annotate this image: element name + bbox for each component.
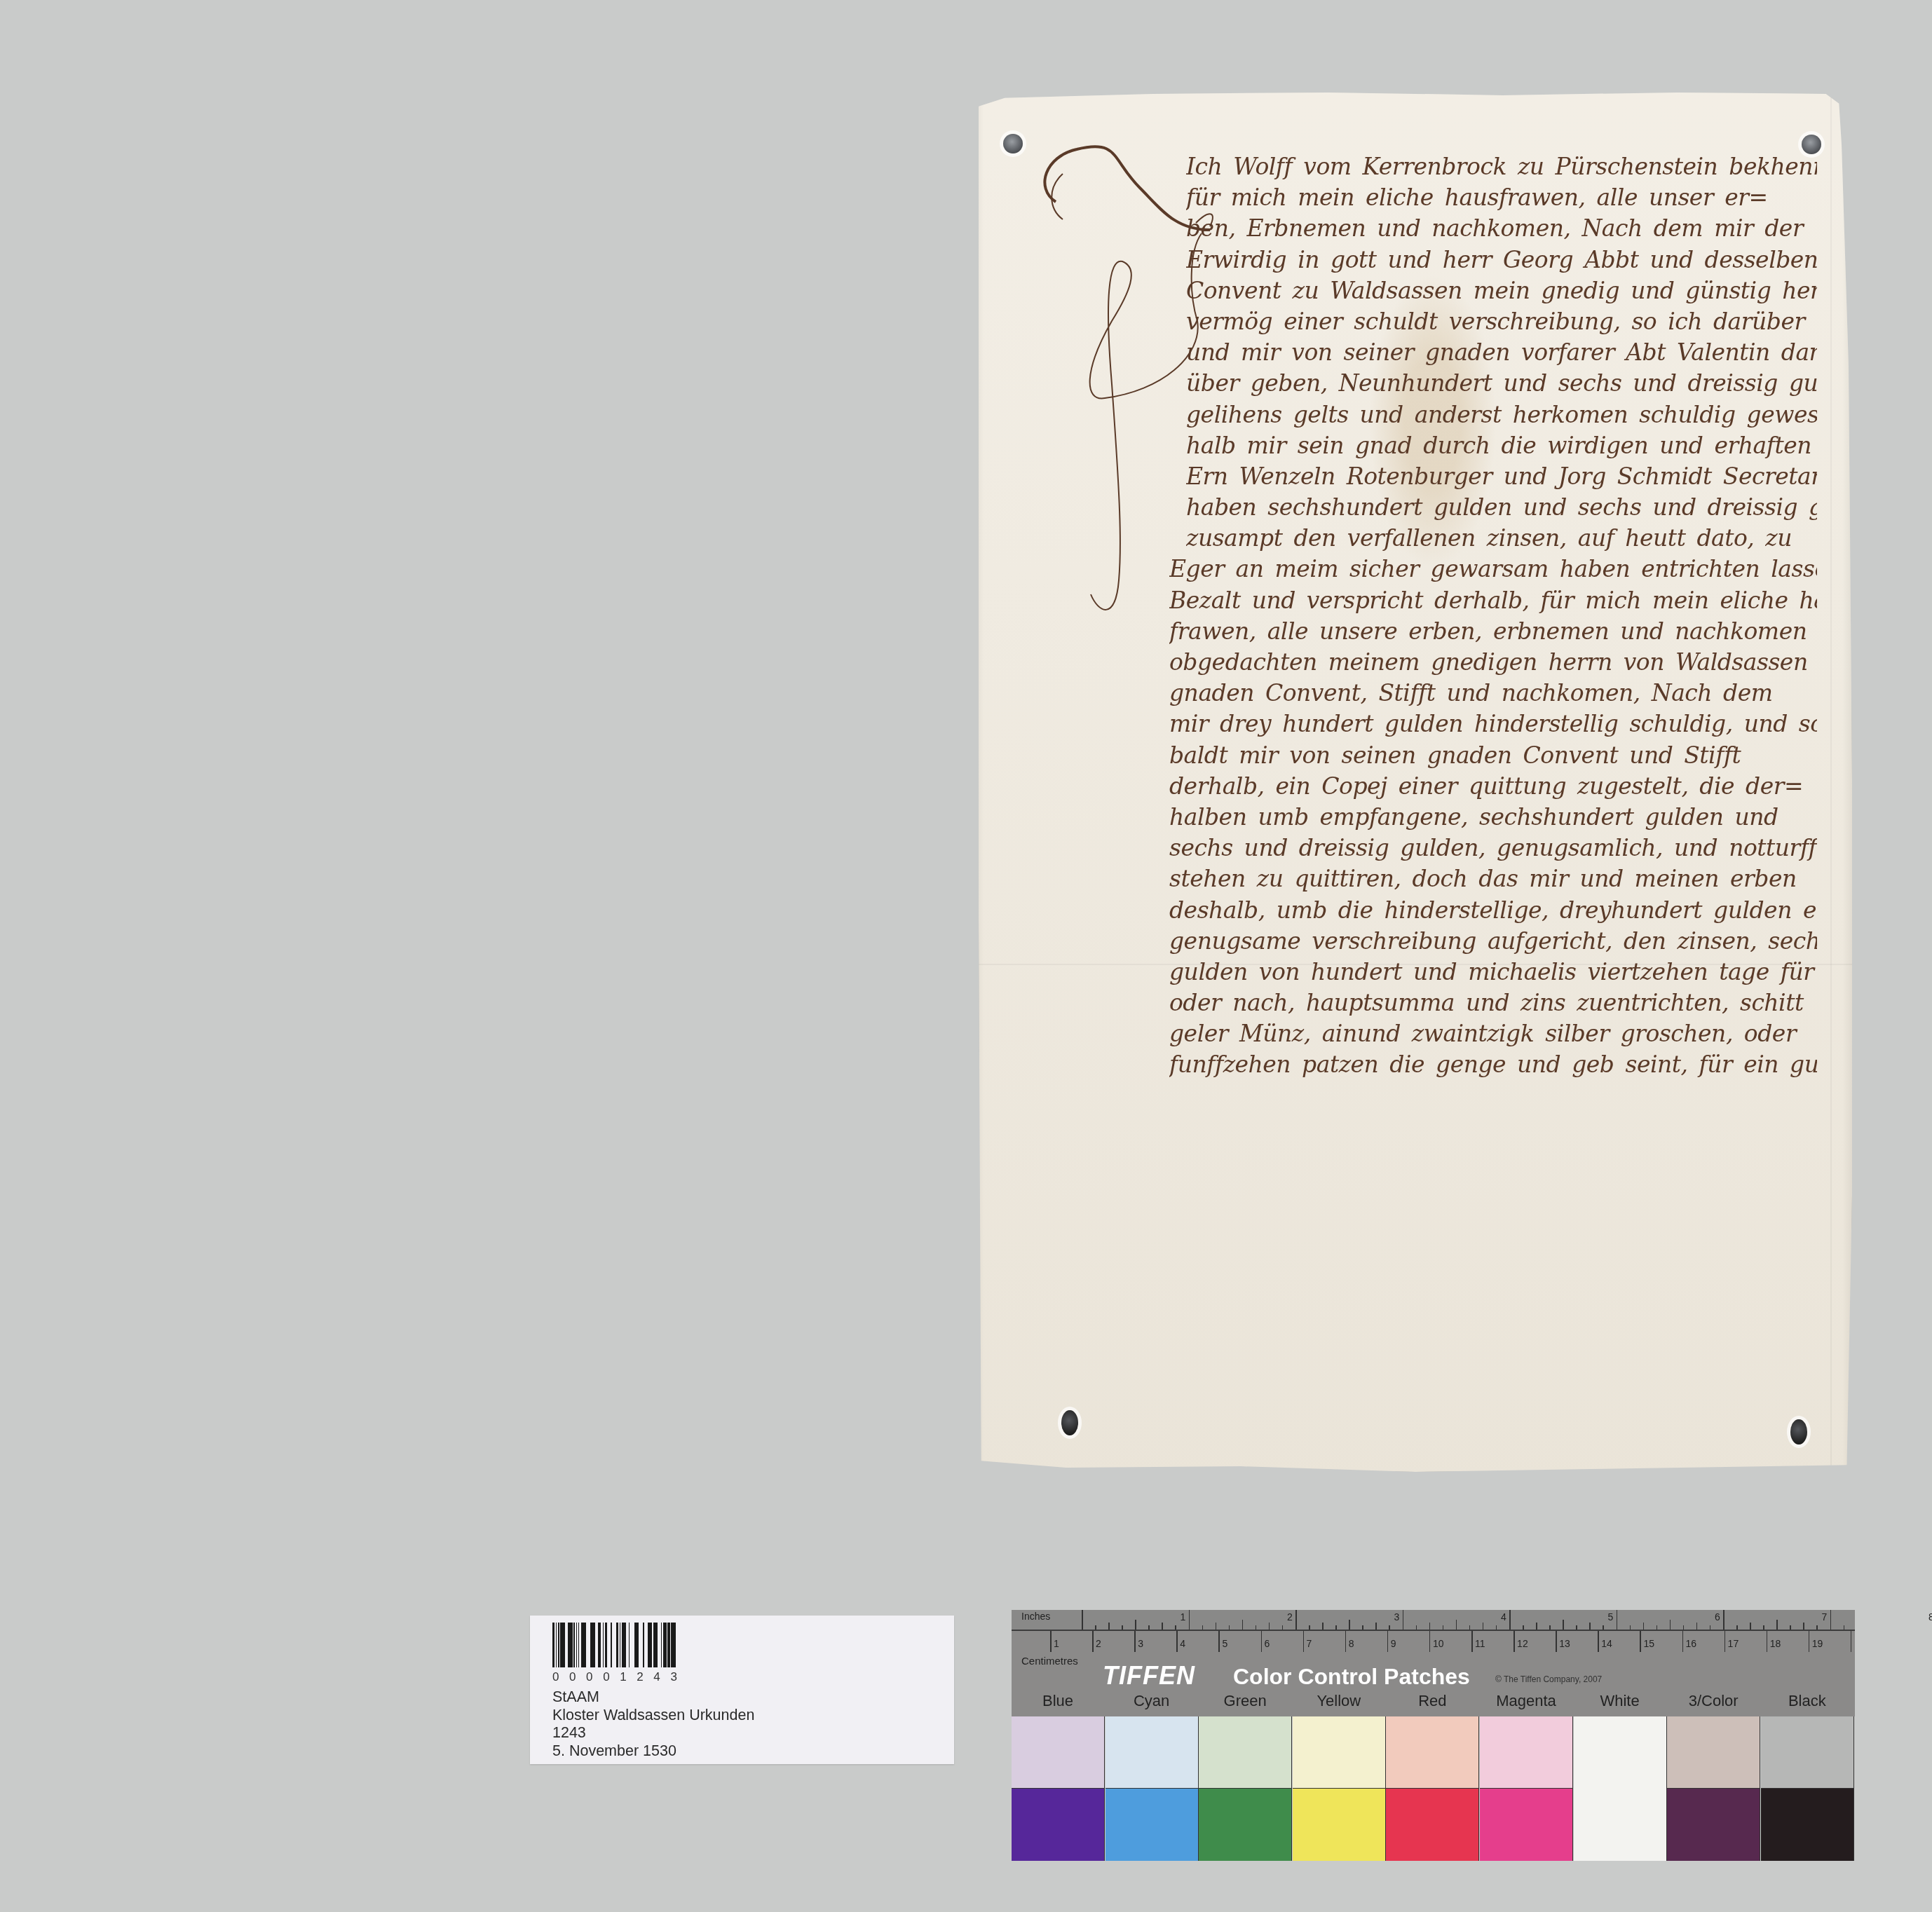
patch-blue-light: [1012, 1716, 1105, 1788]
manuscript-line: zusampt den verfallenen zinsen, auf heut…: [1186, 523, 1817, 554]
cm-tick: [1682, 1631, 1684, 1652]
manuscript-line: mir drey hundert gulden hinderstellig sc…: [1169, 709, 1817, 739]
inch-tick: [1375, 1623, 1377, 1630]
manuscript-line: gulden von hundert und michaelis viertze…: [1169, 957, 1817, 988]
inch-tick: [1536, 1623, 1537, 1630]
inch-tick: [1335, 1625, 1337, 1630]
inch-tick: [1763, 1625, 1764, 1630]
cm-mark: 7: [1307, 1638, 1312, 1649]
patch-label-black: Black: [1761, 1692, 1853, 1710]
inch-tick: [1189, 1610, 1190, 1630]
cm-tick: [1851, 1631, 1852, 1652]
chart-title: Color Control Patches: [1233, 1664, 1470, 1690]
inch-tick: [1082, 1610, 1083, 1630]
inch-tick: [1549, 1625, 1551, 1630]
inch-tick: [1416, 1625, 1417, 1630]
inch-tick: [1242, 1620, 1244, 1630]
cm-tick: [1092, 1631, 1094, 1652]
color-patches: [1012, 1716, 1855, 1861]
inch-tick: [1563, 1620, 1564, 1630]
ruler: Inches 12345678 123456789101112131415161…: [1012, 1610, 1855, 1716]
barcode-bar: [671, 1623, 675, 1667]
inch-tick: [1830, 1610, 1832, 1630]
patch-label-yellow: Yellow: [1293, 1692, 1385, 1710]
cm-mark: 1: [1054, 1638, 1059, 1649]
inch-tick: [1523, 1625, 1524, 1630]
barcode-number: 00001243: [552, 1670, 687, 1684]
inch-tick: [1122, 1625, 1123, 1630]
patch-label-white: White: [1574, 1692, 1666, 1710]
inch-tick: [1589, 1623, 1591, 1630]
cm-tick: [1640, 1631, 1641, 1652]
inch-tick: [1216, 1623, 1217, 1630]
patch-label-green: Green: [1199, 1692, 1291, 1710]
patch-white-light: [1574, 1716, 1667, 1861]
patch-green-light: [1199, 1716, 1292, 1788]
inch-tick: [1816, 1625, 1818, 1630]
manuscript-line: Ich Wolff vom Kerrenbrock zu Pürschenste…: [1186, 151, 1817, 182]
manuscript-page: Ich Wolff vom Kerrenbrock zu Pürschenste…: [979, 90, 1852, 1472]
cm-tick: [1471, 1631, 1473, 1652]
inches-label: Inches: [1021, 1611, 1050, 1622]
inch-tick: [1362, 1625, 1363, 1630]
inch-tick: [1723, 1610, 1724, 1630]
inch-tick: [1630, 1625, 1631, 1630]
inch-tick: [1670, 1620, 1671, 1630]
inch-tick: [1202, 1625, 1204, 1630]
label-number: 1243: [552, 1724, 754, 1742]
inch-tick: [1256, 1625, 1257, 1630]
inch-tick: [1229, 1625, 1230, 1630]
inch-tick: [1657, 1625, 1658, 1630]
manuscript-line: vermög einer schuldt verschreibung, so i…: [1186, 306, 1817, 337]
inch-mark: 4: [1501, 1611, 1506, 1623]
inch-tick: [1617, 1610, 1618, 1630]
inch-tick: [1429, 1623, 1431, 1630]
inch-mark: 2: [1287, 1611, 1293, 1623]
inch-tick: [1295, 1610, 1297, 1630]
mounting-hole-top-left-icon: [1003, 134, 1023, 153]
cm-mark: 14: [1601, 1638, 1612, 1649]
inch-tick: [1349, 1620, 1350, 1630]
inch-tick: [1175, 1625, 1176, 1630]
inch-tick: [1483, 1623, 1484, 1630]
inch-mark: 1: [1181, 1611, 1186, 1623]
manuscript-line: baldt mir von seinen gnaden Convent und …: [1169, 740, 1817, 771]
cm-tick: [1429, 1631, 1431, 1652]
manuscript-line: haben sechshundert gulden und sechs und …: [1186, 492, 1817, 523]
cm-tick: [1050, 1631, 1052, 1652]
inch-mark: 5: [1608, 1611, 1614, 1623]
manuscript-line: Ern Wenzeln Rotenburger und Jorg Schmidt…: [1186, 461, 1817, 492]
cm-mark: 9: [1391, 1638, 1396, 1649]
manuscript-line: Eger an meim sicher gewarsam haben entri…: [1169, 554, 1817, 585]
inch-tick: [1643, 1623, 1645, 1630]
inch-mark: 8: [1928, 1611, 1932, 1623]
label-archive: StAAM: [552, 1688, 754, 1707]
cm-tick: [1345, 1631, 1347, 1652]
manuscript-line: halb mir sein gnad durch die wirdigen un…: [1186, 430, 1817, 461]
inch-mark: 7: [1822, 1611, 1828, 1623]
manuscript-line: Erwirdig in gott und herr Georg Abbt und…: [1186, 245, 1817, 275]
patch-label-3-color: 3/Color: [1667, 1692, 1760, 1710]
inch-tick: [1844, 1625, 1845, 1630]
cm-mark: 8: [1349, 1638, 1354, 1649]
inch-mark: 3: [1394, 1611, 1400, 1623]
inch-tick: [1790, 1625, 1791, 1630]
manuscript-line: stehen zu quittiren, doch das mir und me…: [1169, 863, 1817, 894]
inch-tick: [1776, 1620, 1778, 1630]
inch-tick: [1456, 1620, 1457, 1630]
inch-tick: [1148, 1625, 1150, 1630]
barcode-icon: [552, 1623, 676, 1667]
patch-label-magenta: Magenta: [1480, 1692, 1572, 1710]
manuscript-line: und mir von seiner gnaden vorfarer Abt V…: [1186, 337, 1817, 368]
inch-tick: [1603, 1625, 1604, 1630]
tiffen-logo: TIFFEN: [1103, 1661, 1195, 1691]
mounting-hole-bottom-left-icon: [1061, 1410, 1078, 1435]
manuscript-line: derhalb, ein Copej einer quittung zugest…: [1169, 771, 1817, 802]
copyright-text: © The Tiffen Company, 2007: [1495, 1674, 1602, 1684]
patch-3-color-dark: [1667, 1788, 1760, 1861]
manuscript-line: Convent zu Waldsassen mein gnedig und gü…: [1186, 275, 1817, 306]
inch-tick: [1736, 1625, 1738, 1630]
patch-cyan-dark: [1106, 1788, 1199, 1861]
centimetres-label: Centimetres: [1021, 1655, 1078, 1667]
inch-tick: [1509, 1610, 1511, 1630]
label-text: StAAM Kloster Waldsassen Urkunden 1243 5…: [552, 1688, 754, 1760]
inch-tick: [1135, 1620, 1136, 1630]
cm-mark: 13: [1559, 1638, 1570, 1649]
patch-yellow-dark: [1293, 1788, 1386, 1861]
cm-tick: [1513, 1631, 1515, 1652]
patch-magenta-light: [1480, 1716, 1573, 1788]
inch-mark: 6: [1715, 1611, 1720, 1623]
cm-tick: [1134, 1631, 1136, 1652]
manuscript-line: geler Münz, ainund zwaintzigk silber gro…: [1169, 1018, 1817, 1049]
inch-tick: [1162, 1623, 1163, 1630]
cm-mark: 16: [1686, 1638, 1697, 1649]
cm-mark: 4: [1180, 1638, 1185, 1649]
inch-tick: [1282, 1625, 1284, 1630]
manuscript-line: genugsame verschreibung aufgericht, den …: [1169, 926, 1817, 957]
manuscript-line: funffzehen patzen die genge und geb sein…: [1169, 1049, 1817, 1080]
inch-tick: [1683, 1625, 1685, 1630]
inch-tick: [1710, 1625, 1711, 1630]
inch-tick: [1108, 1623, 1110, 1630]
inch-tick: [1389, 1625, 1390, 1630]
inch-scale: Inches 12345678: [1012, 1610, 1855, 1631]
patch-blue-dark: [1012, 1788, 1105, 1861]
manuscript-line: sechs und dreissig gulden, genugsamlich,…: [1169, 833, 1817, 863]
cm-mark: 12: [1517, 1638, 1528, 1649]
manuscript-line: frawen, alle unsere erben, erbnemen und …: [1169, 616, 1817, 647]
manuscript-line: gelihens gelts und anderst herkomen schu…: [1186, 400, 1817, 430]
inch-tick: [1443, 1625, 1444, 1630]
cm-mark: 15: [1643, 1638, 1654, 1649]
cm-mark: 17: [1728, 1638, 1739, 1649]
patch-cyan-light: [1106, 1716, 1199, 1788]
manuscript-line: Bezalt und verspricht derhalb, für mich …: [1169, 585, 1817, 616]
cm-mark: 19: [1812, 1638, 1823, 1649]
manuscript-line: gnaden Convent, Stifft und nachkomen, Na…: [1169, 678, 1817, 709]
patch-magenta-dark: [1480, 1788, 1573, 1861]
inch-tick: [1576, 1625, 1577, 1630]
inch-tick: [1496, 1625, 1497, 1630]
paper-fold-vertical: [1830, 90, 1832, 1472]
manuscript-line: deshalb, umb die hinderstellige, dreyhun…: [1169, 895, 1817, 926]
inch-tick: [1095, 1625, 1096, 1630]
cm-tick: [1261, 1631, 1263, 1652]
patch-black-dark: [1761, 1788, 1854, 1861]
patch-label-blue: Blue: [1012, 1692, 1104, 1710]
patch-yellow-light: [1293, 1716, 1386, 1788]
cm-tick: [1218, 1631, 1220, 1652]
cm-mark: 18: [1770, 1638, 1781, 1649]
archive-label: 00001243 StAAM Kloster Waldsassen Urkund…: [530, 1616, 954, 1764]
patch-label-red: Red: [1386, 1692, 1478, 1710]
manuscript-line: über geben, Neunhundert und sechs und dr…: [1186, 368, 1817, 399]
manuscript-text: Ich Wolff vom Kerrenbrock zu Pürschenste…: [1186, 151, 1817, 1081]
patch-red-light: [1386, 1716, 1479, 1788]
manuscript-line: oder nach, hauptsumma und zins zuentrich…: [1169, 988, 1817, 1018]
cm-tick: [1303, 1631, 1305, 1652]
cm-tick: [1556, 1631, 1557, 1652]
inch-tick: [1750, 1623, 1751, 1630]
manuscript-line: für mich mein eliche hausfrawen, alle un…: [1186, 182, 1817, 213]
inch-tick: [1469, 1625, 1471, 1630]
tiffen-color-chart: Inches 12345678 123456789101112131415161…: [1012, 1610, 1855, 1861]
mounting-hole-bottom-right-icon: [1790, 1419, 1807, 1445]
patch-black-light: [1761, 1716, 1854, 1788]
cm-tick: [1598, 1631, 1599, 1652]
inch-tick: [1696, 1623, 1698, 1630]
label-date: 5. November 1530: [552, 1742, 754, 1761]
inch-tick: [1269, 1623, 1270, 1630]
inch-tick: [1403, 1610, 1404, 1630]
inch-tick: [1803, 1623, 1804, 1630]
cm-tick: [1809, 1631, 1810, 1652]
patch-3-color-light: [1667, 1716, 1760, 1788]
cm-mark: 11: [1475, 1638, 1485, 1649]
manuscript-line: ben, Erbnemen und nachkomen, Nach dem mi…: [1186, 213, 1817, 244]
inch-tick: [1309, 1625, 1310, 1630]
label-collection: Kloster Waldsassen Urkunden: [552, 1707, 754, 1725]
patch-red-dark: [1386, 1788, 1479, 1861]
cm-tick: [1724, 1631, 1726, 1652]
cm-tick: [1767, 1631, 1768, 1652]
manuscript-line: halben umb empfangene, sechshundert guld…: [1169, 802, 1817, 833]
patch-green-dark: [1199, 1788, 1292, 1861]
cm-mark: 2: [1096, 1638, 1101, 1649]
inch-tick: [1322, 1623, 1324, 1630]
cm-mark: 10: [1433, 1638, 1444, 1649]
patch-label-cyan: Cyan: [1106, 1692, 1198, 1710]
cm-mark: 3: [1138, 1638, 1143, 1649]
cm-mark: 5: [1222, 1638, 1227, 1649]
cm-mark: 6: [1265, 1638, 1270, 1649]
cm-tick: [1387, 1631, 1389, 1652]
cm-tick: [1176, 1631, 1178, 1652]
manuscript-line: obgedachten meinem gnedigen herrn von Wa…: [1169, 647, 1817, 678]
